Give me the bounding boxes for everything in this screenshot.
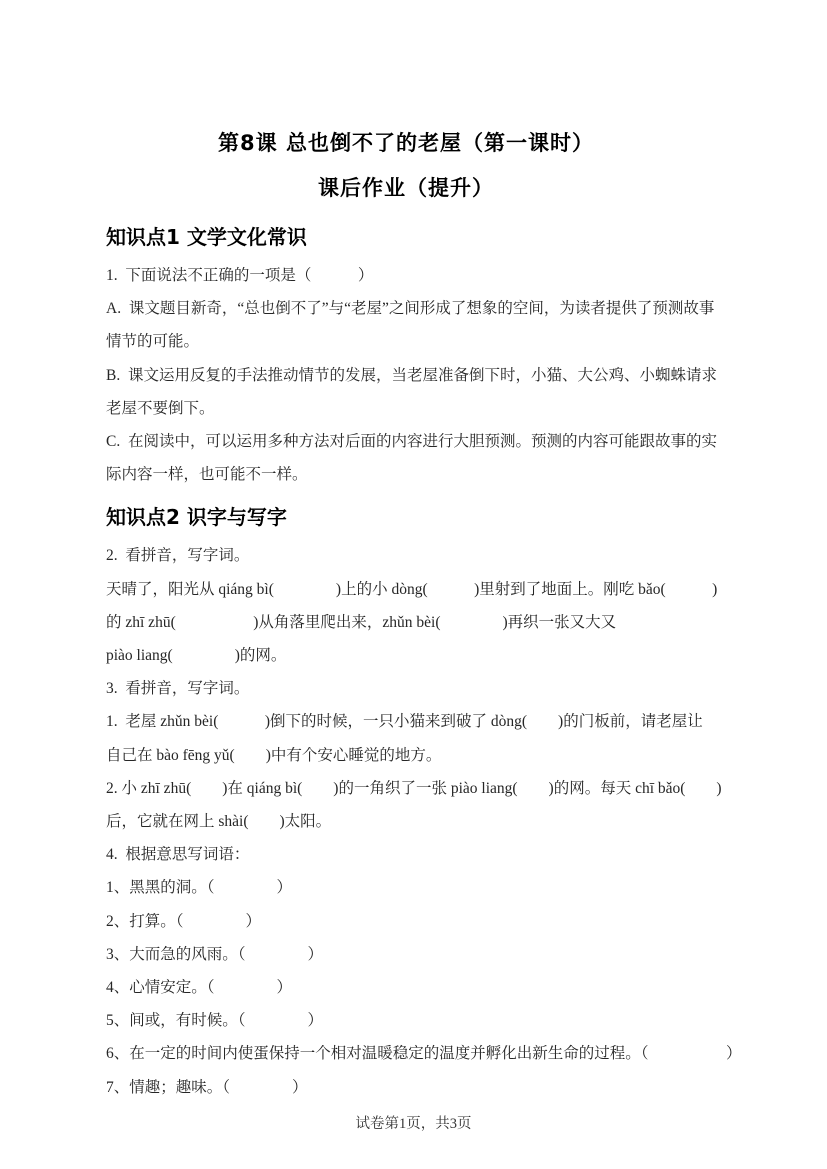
- question-3-item-1: 1. 老屋 zhǔn bèi( )倒下的时候，一只小猫来到破了 dòng( )的…: [106, 705, 746, 738]
- question-4-item-2: 2、打算。（ ）: [106, 905, 746, 938]
- question-2-prompt: 2. 看拼音，写字词。: [106, 539, 746, 572]
- section-heading-knowledge-point-1: 知识点1 文学文化常识: [106, 223, 746, 251]
- question-3-item-2: 2. 小 zhī zhū( )在 qiáng bì( )的一角织了一张 piào…: [106, 772, 746, 805]
- question-4-item-6: 6、在一定的时间内使蛋保持一个相对温暖稳定的温度并孵化出新生命的过程。（ ）: [106, 1037, 746, 1070]
- page-footer: 试卷第1页，共3页: [0, 1112, 827, 1133]
- question-4-item-7: 7、情趣；趣味。（ ）: [106, 1071, 746, 1104]
- pinyin-passage-line-2: 的 zhī zhū( )从角落里爬出来，zhǔn bèi( )再织一张又大又: [106, 606, 746, 639]
- section-heading-knowledge-point-2: 知识点2 识字与写字: [106, 503, 746, 531]
- option-a: A. 课文题目新奇，“总也倒不了”与“老屋”之间形成了想象的空间，为读者提供了预…: [106, 292, 746, 325]
- page-title: 第8课 总也倒不了的老屋（第一课时）: [106, 121, 706, 166]
- worksheet-page: 第8课 总也倒不了的老屋（第一课时） 课后作业（提升） 知识点1 文学文化常识 …: [0, 0, 827, 1169]
- question-4-prompt: 4. 根据意思写词语：: [106, 838, 746, 871]
- question-3-item-1-continued: 自己在 bào fēng yǔ( )中有个安心睡觉的地方。: [106, 739, 746, 772]
- question-4-item-3: 3、大而急的风雨。（ ）: [106, 938, 746, 971]
- pinyin-passage-line-3: piào liang( )的网。: [106, 639, 746, 672]
- pinyin-passage-line-1: 天晴了，阳光从 qiáng bì( )上的小 dòng( )里射到了地面上。刚吃…: [106, 573, 746, 606]
- question-1: 1. 下面说法不正确的一项是（ ）: [106, 259, 746, 292]
- question-3-item-2-continued: 后，它就在网上 shài( )太阳。: [106, 805, 746, 838]
- option-c: C. 在阅读中，可以运用多种方法对后面的内容进行大胆预测。预测的内容可能跟故事的…: [106, 425, 746, 458]
- option-a-continued: 情节的可能。: [106, 325, 746, 358]
- option-b-continued: 老屋不要倒下。: [106, 392, 746, 425]
- question-4-item-1: 1、黑黑的洞。（ ）: [106, 871, 746, 904]
- question-4-item-4: 4、心情安定。（ ）: [106, 971, 746, 1004]
- title-block: 第8课 总也倒不了的老屋（第一课时） 课后作业（提升）: [106, 0, 706, 211]
- question-3-prompt: 3. 看拼音，写字词。: [106, 672, 746, 705]
- option-b: B. 课文运用反复的手法推动情节的发展，当老屋准备倒下时，小猫、大公鸡、小蜘蛛请…: [106, 359, 746, 392]
- page-subtitle: 课后作业（提升）: [106, 166, 706, 211]
- page-content: 第8课 总也倒不了的老屋（第一课时） 课后作业（提升） 知识点1 文学文化常识 …: [106, 0, 746, 1104]
- question-4-item-5: 5、间或，有时候。（ ）: [106, 1004, 746, 1037]
- option-c-continued: 际内容一样，也可能不一样。: [106, 458, 746, 491]
